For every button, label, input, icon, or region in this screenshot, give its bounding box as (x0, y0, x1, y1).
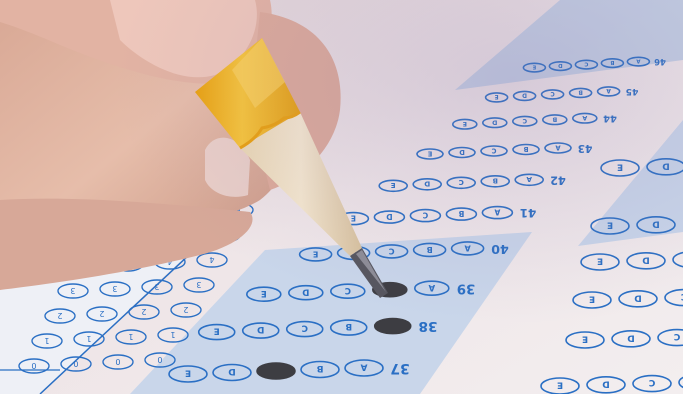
pencil-graphite (350, 248, 388, 298)
photo-scene: 37ABDE38BCDE39ACDE40ABCDE41ABCDE42ABCDE4… (0, 0, 683, 394)
middle-finger (0, 199, 253, 290)
hand-with-pencil (0, 0, 683, 394)
